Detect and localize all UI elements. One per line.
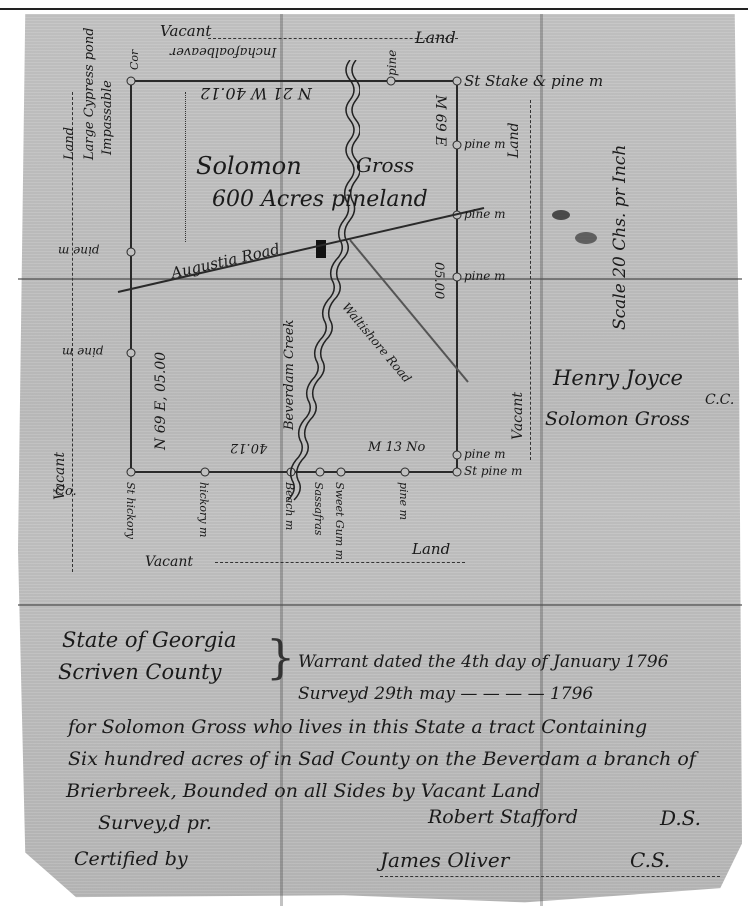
owner-name-last: Gross — [356, 153, 414, 177]
pine-label-right-4: pine m — [464, 447, 506, 461]
county-heading: Scriven County — [58, 660, 221, 684]
owner-name-first: Solomon — [196, 152, 302, 180]
state-heading: State of Georgia — [62, 628, 237, 652]
signature-flourish — [380, 876, 720, 877]
land-label-left: Land — [62, 127, 77, 160]
vacant-label-bottom: Vacant — [145, 554, 193, 570]
certified-label: Certified by — [74, 848, 188, 870]
pine-label-right-1: pine m — [464, 137, 506, 151]
beach-label: Beach m — [283, 482, 296, 530]
sassafras-label: Sassafras — [312, 482, 325, 535]
pine-label-left-upper: pine m — [58, 244, 100, 258]
bearing-south: M 13 No — [368, 440, 425, 455]
pine-label-bottom: pine m — [397, 482, 410, 520]
pine-label-right-2: pine m — [464, 207, 506, 221]
certificate-body-line-1: for Solomon Gross who lives in this Stat… — [68, 716, 647, 738]
corner-label: Cor — [128, 50, 141, 70]
certifier-title: C.S. — [630, 848, 670, 872]
cypress-pond-note: Large Cypress pond — [82, 27, 97, 160]
certificate-body-line-3: Brierbreek, Bounded on all Sides by Vaca… — [66, 780, 540, 802]
impassable-note: Impassable — [100, 80, 115, 155]
sweet-gum-label: Sweet Gum m — [333, 482, 346, 560]
brace: } — [266, 630, 295, 684]
scale-label: Scale 20 Chs. pr Inch — [610, 145, 630, 330]
bearing-east: M 69 E — [432, 95, 448, 146]
distance-south: 40.12 — [230, 440, 267, 455]
distance-east: 05.00 — [431, 262, 446, 299]
land-label-top: Land — [415, 28, 456, 47]
surveyed-date-line: Surveyd 29th may — — — — 1796 — [298, 684, 593, 704]
stake-pine-label: St Stake & pine m — [464, 72, 603, 90]
chain-carrier-2: Solomon Gross — [545, 408, 690, 430]
acreage-label: 600 Acres pineland — [212, 187, 428, 212]
certificate-body-line-2: Six hundred acres of in Sad County on th… — [68, 748, 696, 770]
bearing-north: N 21 W 40.12 — [200, 84, 312, 103]
pine-label-right-3: pine m — [464, 269, 506, 283]
creek-label: Beverdam Creek — [282, 320, 297, 430]
vacant-label-top: Vacant — [160, 22, 211, 40]
land-label-right: Land — [506, 122, 522, 158]
bearing-west: N 69 E, 05.00 — [153, 352, 169, 450]
surveyed-by-label: Survey,d pr. — [98, 812, 212, 834]
corner-signature: Co. — [55, 484, 77, 499]
surveyor-signature: Robert Stafford — [428, 806, 578, 828]
stake-pine-bottom: St pine m — [464, 464, 522, 478]
hickory-label: hickory m — [197, 482, 210, 537]
surveyor-title: D.S. — [660, 806, 701, 830]
upside-down-note: Inchafoalbeaver — [170, 44, 276, 59]
chain-carrier-label: C.C. — [705, 392, 734, 408]
pine-label-top: pine — [385, 50, 399, 76]
land-label-bottom: Land — [412, 540, 450, 558]
chain-carrier-1: Henry Joyce — [553, 366, 683, 390]
pine-label-left-lower: pine m — [62, 345, 104, 359]
certifier-signature: James Oliver — [380, 848, 509, 872]
warrant-line: Warrant dated the 4th day of January 179… — [298, 652, 668, 672]
vacant-label-right: Vacant — [510, 392, 526, 440]
hickory-corner-label: St hickory — [124, 482, 137, 539]
